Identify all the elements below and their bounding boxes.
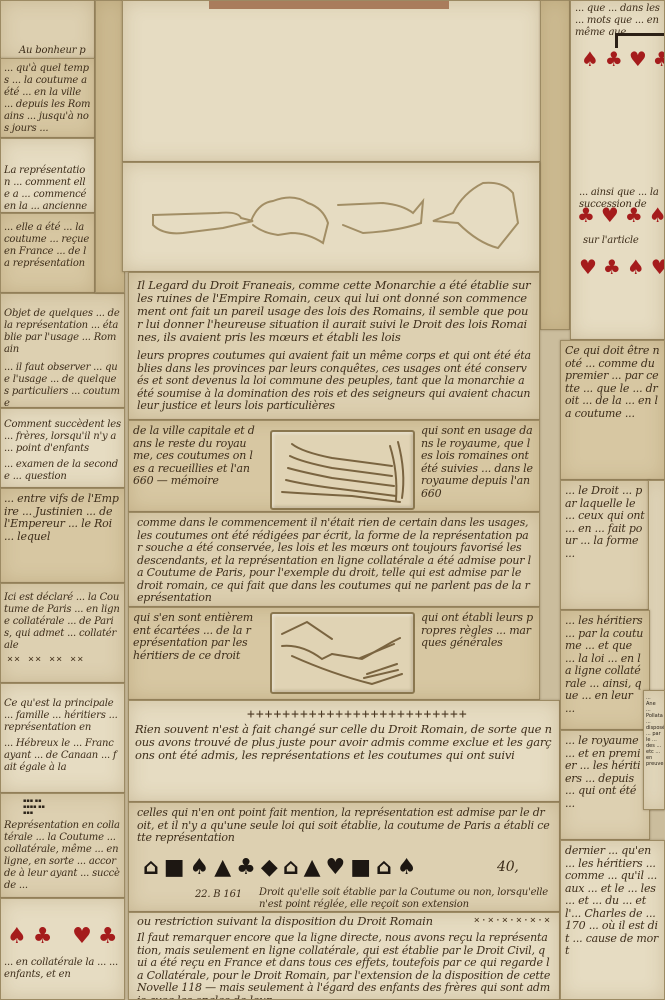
embossed-panel-lines [270,430,415,510]
left-sheet-4: ... elle a été ... la coutume ... reçue … [0,213,95,293]
left-sheet-5: Objet de quelques ... de la représentati… [0,293,125,408]
left-fragment-7: Comment succèdent les ... frères, lorsqu… [1,409,124,455]
left-fragment-11: Ce qu'est la principale ... famille ... … [1,684,124,734]
center-right-column-1: qui sont en usage dans le royaume, que l… [421,425,535,500]
left-fragment-12: ... Hébreux le ... Franc ayant ... de Ca… [1,734,124,774]
center-right-column-2: qui ont établi leurs propres règles ... … [421,612,535,650]
right-fragment-2: sur l'article [583,235,639,247]
right-red-glyph-block-2: ♣♥♣♠ [577,201,665,229]
left-cross-row: ×× ×× ×× ×× [1,652,124,667]
blank-top-sheet [122,0,542,162]
center-text-sheet-6: celles qui n'en ont point fait mention, … [128,802,560,912]
left-fragment-4: ... elle a été ... la coutume ... reçue … [1,214,94,278]
center-text-sheet-7: ou restriction suivant la disposition du… [128,912,560,1000]
right-red-glyph-block-1: ♠♣♥♣♠♥♣♠♥♣♠♣♥♣♠♥♣♠ [581,45,665,73]
right-sheet-6: dernier ... qu'en ... les héritiers ... … [560,840,665,1000]
left-fragment-10: Ici est déclaré ... la Coutume de Paris … [1,584,124,652]
center-heading-text: Il Legard du Droit Franeais, comme cette… [129,273,539,350]
right-fragment-3: Ce qui doit être noté ... comme du premi… [561,341,664,424]
center-left-column-2: qui s'en sont entièrement écartées ... d… [133,612,255,662]
top-brown-strip [209,1,449,9]
left-fragment-5: Objet de quelques ... de la représentati… [1,294,124,356]
center-paragraph-5: Droit qu'elle soit établie par la Coutum… [259,887,549,911]
right-fragment-4: ... le Droit ... par laquelle le ... ceu… [561,481,649,564]
left-fragment-2: ... qu'à quel temps ... la coutume a été… [1,59,94,138]
left-fragment-14: ... en collatérale la ... ... enfants, e… [1,951,124,981]
black-glyph-row: ⌂■♠▲♣◆⌂▲♥■⌂♠ [143,855,421,881]
bottom-line-row: ou restriction suivant la disposition du… [129,913,559,928]
left-fragment-6: ... il faut observer ... que l'usage ...… [1,356,124,408]
right-sheet-3: ... le Droit ... par laquelle le ... ceu… [560,480,650,610]
left-sheet-10: ▪▪▪ ▪▪ ▪▪▪▪ ▪▪ ▪▪▪ Représentation en col… [0,793,125,898]
left-fragment-1: Au bonheur par [1,1,94,60]
top-right-strip [540,0,570,330]
right-fragment-6: ... le royaume ... et en premier ... les… [561,731,649,814]
embossed-panel-arm [270,612,415,694]
right-top-fragment: ... que ... dans les ... mots que ... en… [571,1,664,35]
embossed-glyph-panel [122,162,540,272]
center-text-sheet-1: Il Legard du Droit Franeais, comme cette… [128,272,540,420]
center-cross-row-2: ×·×·×·×·×·× [474,915,551,928]
center-paragraph-6: ou restriction suivant la disposition du… [137,915,433,928]
left-fragment-8: ... examen de la seconde ... question [1,455,124,483]
left-sheet-7: ... entre vifs de l'Empire ... Justinien… [0,488,125,583]
left-sheet-8: Ici est déclaré ... la Coutume de Paris … [0,583,125,683]
right-sheet-1: ... que ... dans les ... mots que ... en… [570,0,665,340]
left-fragment-9: ... entre vifs de l'Empire ... Justinien… [1,489,124,547]
right-printed-fragment: ... Ane ... Pollata ... disposé ... par … [644,691,664,771]
right-fragment-5: ... les héritiers ... par la coutume ...… [561,611,649,719]
left-sheet-9: Ce qu'est la principale ... famille ... … [0,683,125,793]
right-red-glyph-block-3: ♥♣♠♥♣♠♥♣♠♥♣♠ [579,253,665,281]
left-sheet-6: Comment succèdent les ... frères, lorsqu… [0,408,125,488]
left-strip [95,0,125,293]
reference-number: 22. B 161 [195,889,242,901]
center-paragraph-2: comme dans le commencement il n'était ri… [129,513,539,607]
embossed-glyphs-icon [123,163,540,272]
center-left-column-1: de la ville capitale et dans le reste du… [133,425,255,488]
right-printed-sheet: ... Ane ... Pollata ... disposé ... par … [643,690,665,810]
left-fragment-13: Représentation en collatérale ... la Cou… [1,794,124,892]
center-text-sheet-3: comme dans le commencement il n'était ri… [128,512,540,607]
left-fragment-3: La représentation ... comment elle a ...… [1,139,94,213]
left-sheet-11: ♠♣ ♥♣ ... en collatérale la ... ... enfa… [0,898,125,1000]
center-text-sheet-5: +++++++++++++++++++++++++ Rien souvent n… [128,700,560,802]
center-paragraph-3: Rien souvent n'est à fait changé sur cel… [135,723,553,762]
center-paragraph-7: Il faut remarquer encore que la ligne di… [129,928,559,1000]
number-40: 40, [497,861,519,874]
center-paragraph-4: celles qui n'en ont point fait mention, … [129,803,559,845]
right-sheet-4: ... les héritiers ... par la coutume ...… [560,610,650,730]
right-sheet-2: Ce qui doit être noté ... comme du premi… [560,340,665,480]
left-printed-stamp: ▪▪▪ ▪▪ ▪▪▪▪ ▪▪ ▪▪▪ [23,798,53,816]
center-cross-row: +++++++++++++++++++++++++ [247,707,468,722]
right-sheet-5: ... le royaume ... et en premier ... les… [560,730,650,840]
left-sheet-2: ... qu'à quel temps ... la coutume a été… [0,58,95,138]
right-fragment-7: dernier ... qu'en ... les héritiers ... … [561,841,664,962]
left-red-glyph-row: ♠♣ ♥♣ [1,899,124,951]
embossed-arm-icon [272,614,413,692]
embossed-lines-icon [272,432,413,508]
center-paragraph-1: leurs propres coutumes qui avaient fait … [129,350,539,413]
left-sheet-3: La représentation ... comment elle a ...… [0,138,95,213]
left-sheet-1: Au bonheur par [0,0,95,60]
